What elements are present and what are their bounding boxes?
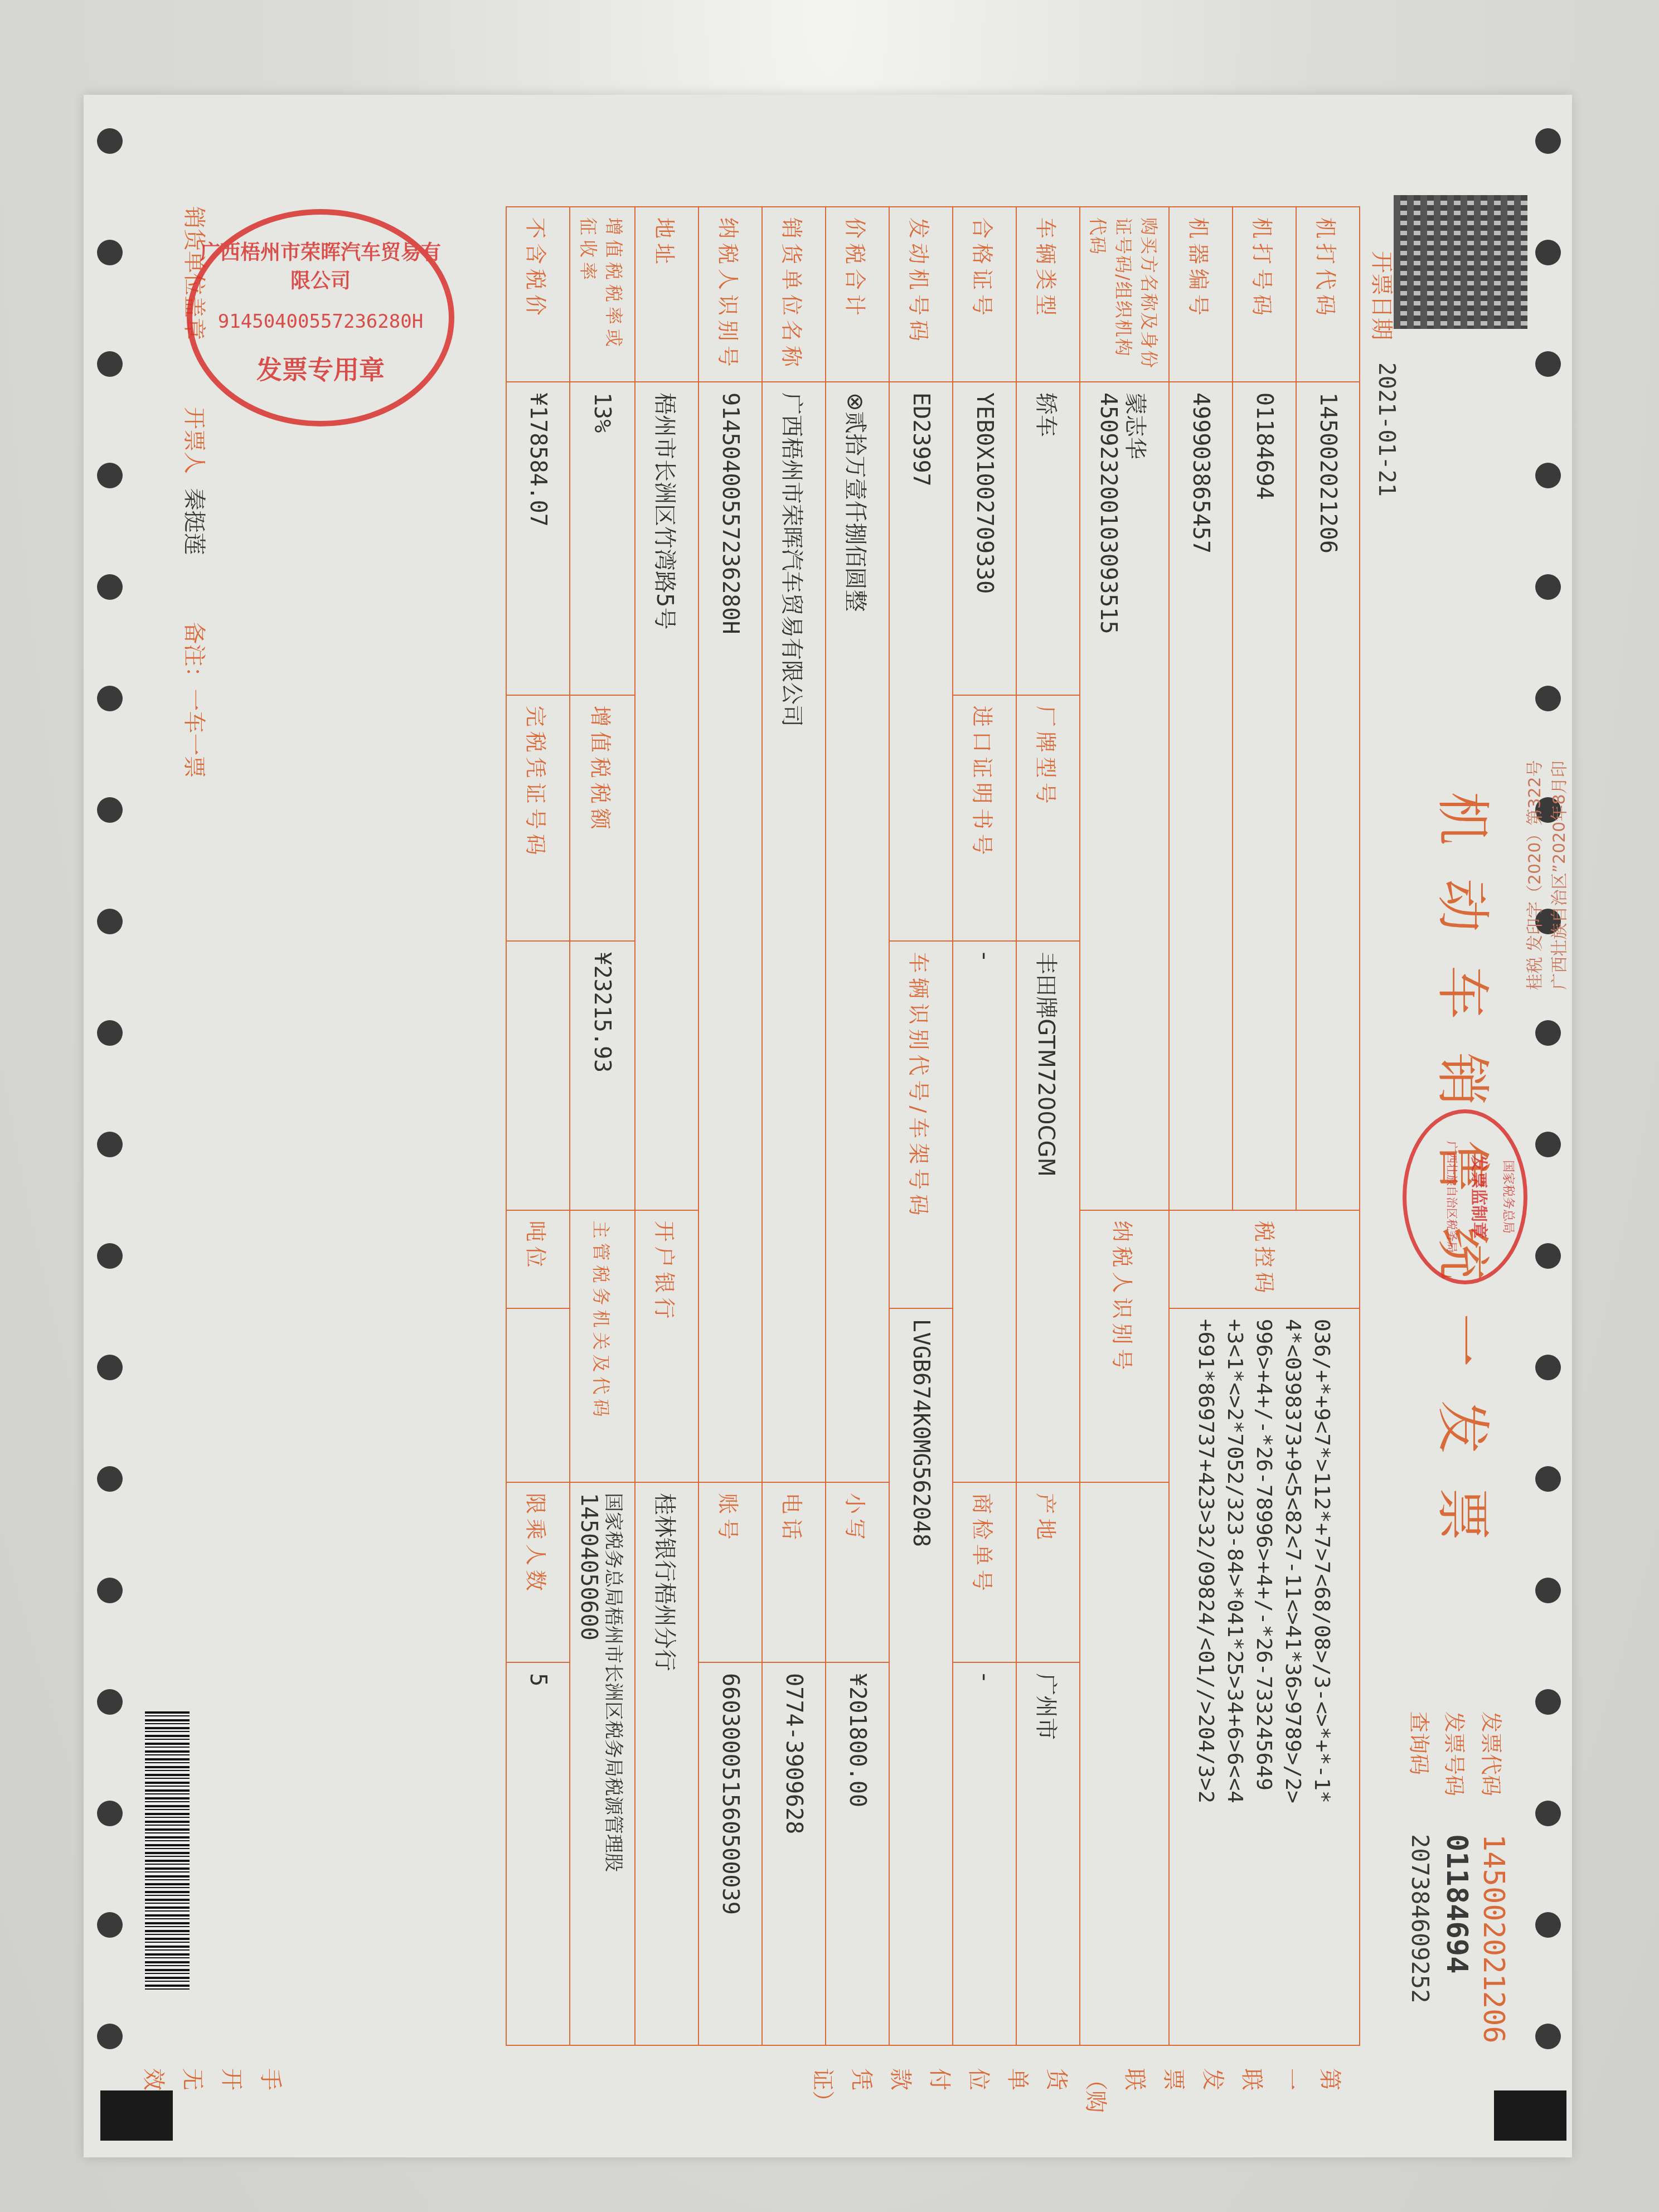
passenger-limit: 5 <box>506 1662 570 2045</box>
tonnage <box>506 1308 570 1482</box>
brand-model: 丰田牌GTM7200CGM <box>1016 941 1080 1482</box>
seller-address: 梧州市长洲区竹湾路5号 <box>635 382 698 1210</box>
remark: 一车一票 <box>181 688 207 778</box>
tax-control-code: 036/+*+9<7*>112*+7>7<68/08>/3-<>*+*-1* 4… <box>1169 1308 1360 2045</box>
invoice-code: 145002021206 <box>1476 1834 1511 2044</box>
query-code: 207384609252 <box>1403 1834 1437 2003</box>
certificate-number: YEB0X1002709330 <box>953 382 1016 695</box>
qr-code <box>1394 195 1527 329</box>
invoice-sheet: 桂税 发印字（2020）第322号 广西壮族自治区”2020年8月印 机动车销售… <box>84 95 1572 2157</box>
vin: LVGB674K0MG562048 <box>889 1308 953 2045</box>
total-uppercase: ⊗贰拾万壹仟捌佰圆整 <box>826 382 889 1482</box>
issue-date: 2021-01-21 <box>1367 362 1399 497</box>
vat-rate: 13% <box>570 382 635 695</box>
seller-bank: 桂林银行梧州分行 <box>635 1482 698 2045</box>
seller-name: 广西梧州市荣晖汽车贸易有限公司 <box>762 382 826 1482</box>
inspection-number: - <box>953 1662 1016 2045</box>
price-excl-tax: ¥178584.07 <box>506 382 570 695</box>
vat-amount: ¥23215.93 <box>570 941 635 1210</box>
seller-account: 660300051560500039 <box>698 1662 762 2045</box>
registration-mark <box>1494 2090 1566 2141</box>
machine-serial: 499903865457 <box>1169 382 1233 1210</box>
tax-paid-cert <box>506 941 570 1210</box>
seller-taxpayer-id: 91450400557236280H <box>698 382 762 1482</box>
vehicle-type: 轿车 <box>1016 382 1080 695</box>
issuer-name: 秦挺莲 <box>181 488 207 555</box>
buyer-name: 蒙志华 450923200103093515 <box>1080 382 1169 1210</box>
seller-invoice-stamp: 广西梧州市荣晖汽车贸易有限公司 91450400557236280H 发票专用章 <box>187 209 454 426</box>
machine-code: 145002021206 <box>1296 382 1360 1210</box>
manual-invalid-note: 手开无效 <box>134 2068 290 2102</box>
printing-approval: 桂税 发印字（2020）第322号 广西壮族自治区”2020年8月印 <box>1523 624 1572 1126</box>
barcode <box>145 1711 190 1990</box>
tax-supervision-stamp: 国家税务总局 发票监制章 广西壮族自治区税务局 <box>1403 1109 1527 1284</box>
machine-number: 01184694 <box>1233 382 1296 1210</box>
invoice-table: 机打代码 145002021206 税控码 036/+*+9<7*>112*+7… <box>506 206 1360 2046</box>
engine-number: ED23997 <box>889 382 953 941</box>
copy-label: 第一联 发票联（购货单位付款凭证） <box>803 2068 1349 2102</box>
import-cert-number: - <box>953 941 1016 1482</box>
seller-phone: 0774-3909628 <box>762 1662 826 2045</box>
invoice-paper: 桂税 发印字（2020）第322号 广西壮族自治区”2020年8月印 机动车销售… <box>84 95 1572 2157</box>
invoice-header-codes: 发票代码145002021206 发票号码01184694 查询码2073846… <box>1402 1711 1511 2044</box>
issue-date-row: 开票日期 2021-01-21 <box>1367 251 1399 497</box>
invoice-number: 01184694 <box>1439 1834 1474 1973</box>
origin: 广州市 <box>1016 1662 1080 2045</box>
tax-authority: 国家税务总局梧州市长洲区税务局税源管理股 14504050600 <box>570 1482 635 2045</box>
total-small: ¥201800.00 <box>826 1662 889 2045</box>
buyer-taxpayer-id <box>1080 1482 1169 2045</box>
